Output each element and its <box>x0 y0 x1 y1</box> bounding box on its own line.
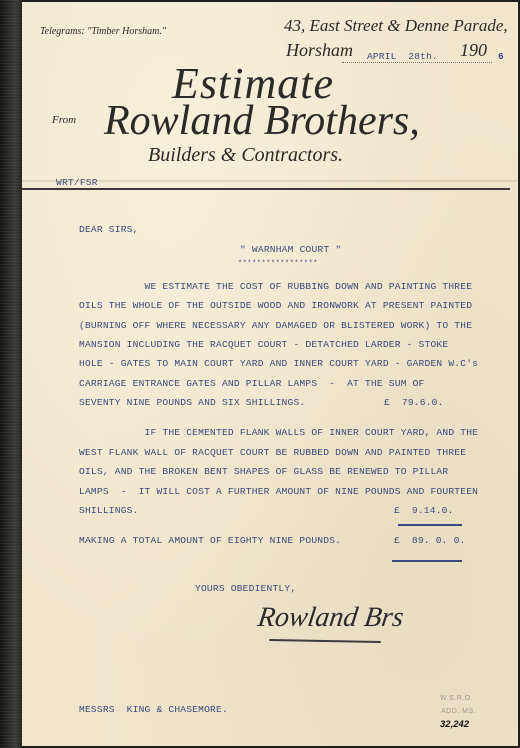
year-printed: 190 <box>460 40 487 61</box>
letter-sheet: Telegrams: "Timber Horsham." 43, East St… <box>22 2 518 746</box>
total-rule <box>392 560 462 562</box>
year-typed: 6 <box>498 51 504 62</box>
closing: YOURS OBEDIENTLY, <box>195 583 296 594</box>
addressee: MESSRS KING & CHASEMORE. <box>79 704 228 715</box>
header-rule <box>22 188 510 190</box>
p1-line: (BURNING OFF WHERE NECESSARY ANY DAMAGED… <box>79 320 472 331</box>
amount-2: £ 9.14.0. <box>394 505 454 516</box>
signature: Rowland Brs <box>256 602 406 634</box>
binder-spine <box>0 0 22 748</box>
amount-1: £ 79.6.0. <box>384 397 444 408</box>
p1-line: HOLE - GATES TO MAIN COURT YARD AND INNE… <box>79 358 478 369</box>
reference-code: WRT/FSR <box>56 177 98 188</box>
p2-line: OILS, AND THE BROKEN BENT SHAPES OF GLAS… <box>79 466 448 477</box>
p2-line: SHILLINGS. <box>79 505 139 516</box>
archive-stamp-line1: W.S.R.O. <box>440 695 473 702</box>
p2-line: LAMPS - IT WILL COST A FURTHER AMOUNT OF… <box>79 486 478 497</box>
archive-stamp-line2: ADD. MS. <box>441 708 476 715</box>
archive-number: 32,242 <box>440 719 469 730</box>
date-rule <box>342 62 492 63</box>
signature-underline <box>269 639 381 643</box>
total-text: MAKING A TOTAL AMOUNT OF EIGHTY NINE POU… <box>79 535 341 546</box>
company-trades: Builders & Contractors. <box>148 144 343 167</box>
from-label: From <box>52 114 76 126</box>
salutation: DEAR SIRS, <box>79 224 139 235</box>
p1-line: WE ESTIMATE THE COST OF RUBBING DOWN AND… <box>79 281 472 292</box>
p2-line: WEST FLANK WALL OF RACQUET COURT BE RUBB… <box>79 447 466 458</box>
subtotal-rule <box>398 524 462 526</box>
address-line-1: 43, East Street & Denne Parade, <box>284 16 508 36</box>
p2-line: IF THE CEMENTED FLANK WALLS OF INNER COU… <box>79 427 478 438</box>
p1-line: SEVENTY NINE POUNDS AND SIX SHILLINGS. <box>79 397 305 408</box>
p1-line: CARRIAGE ENTRANCE GATES AND PILLAR LAMPS… <box>79 378 425 389</box>
date-typed: APRIL 28th. <box>367 51 438 62</box>
company-name: Rowland Brothers, <box>104 97 420 145</box>
subject-heading: " WARNHAM COURT " <box>240 244 341 255</box>
subject-underline: ***************** <box>238 260 318 268</box>
total-amount: £ 89. 0. 0. <box>394 535 466 546</box>
p1-line: MANSION INCLUDING THE RACQUET COURT - DE… <box>79 339 448 350</box>
telegrams-line: Telegrams: "Timber Horsham." <box>40 26 166 37</box>
p1-line: OILS THE WHOLE OF THE OUTSIDE WOOD AND I… <box>79 300 472 311</box>
